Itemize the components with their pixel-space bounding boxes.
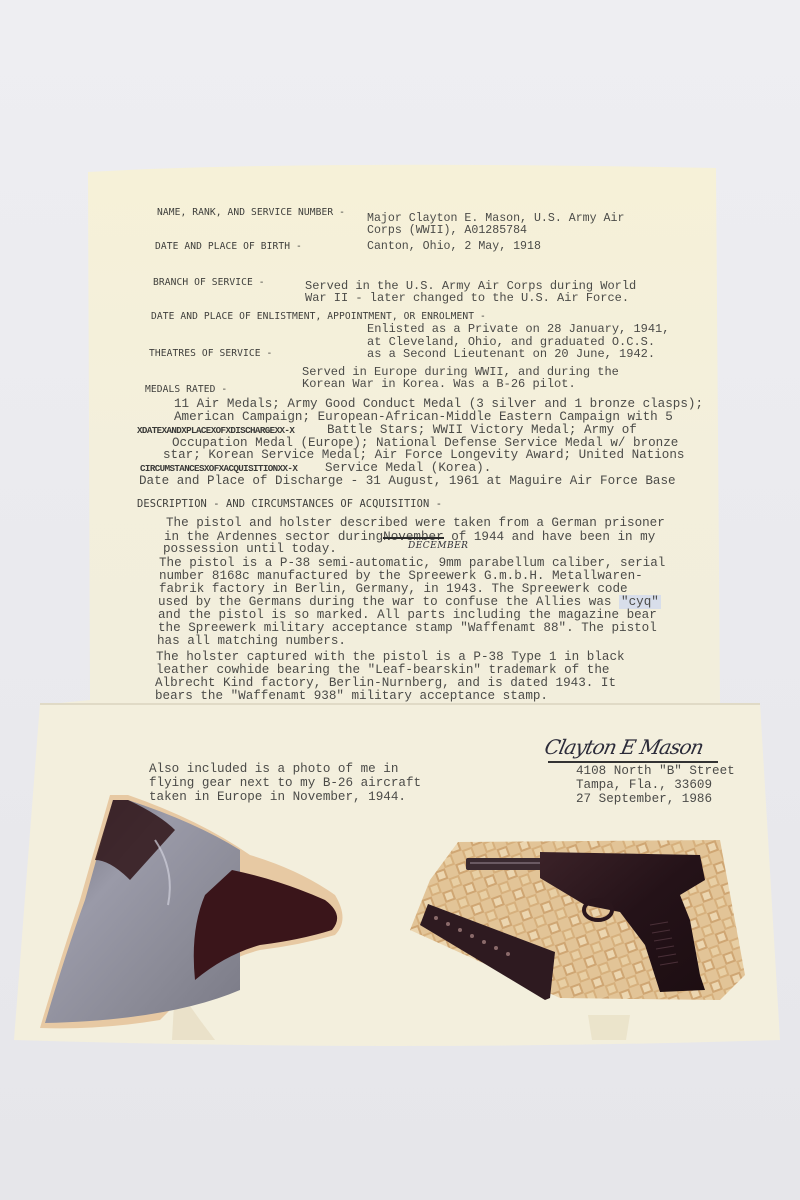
- desc-p1-line-3: possession until today.: [163, 543, 337, 556]
- handwritten-correction: DECEMBER: [408, 541, 468, 551]
- enlistment-label: DATE AND PLACE OF ENLISTMENT, APPOINTMEN…: [151, 311, 486, 322]
- xed-out-discharge-label: XDATEXANDXPLACEXOFXDISCHARGEXX-X: [137, 425, 294, 436]
- address-line-1: 4108 North "B" Street: [576, 765, 735, 778]
- birth-value: Canton, Ohio, 2 May, 1918: [367, 240, 541, 253]
- note-line-3: taken in Europe in November, 1944.: [149, 791, 406, 804]
- date-line: 27 September, 1986: [576, 793, 712, 806]
- xed-out-circumstances-label: CIRCUMSTANCESXOFXACQUISITIONXX-X: [140, 463, 297, 474]
- desc-p1-line-1: The pistol and holster described were ta…: [166, 517, 665, 530]
- signature-line: [548, 761, 718, 763]
- birth-label: DATE AND PLACE OF BIRTH -: [155, 241, 302, 252]
- document-sheet: NAME, RANK, AND SERVICE NUMBER - Major C…: [0, 0, 800, 1200]
- desc-p2-line-4a: used by the Germans during the war to co…: [158, 595, 619, 609]
- branch-value-2: War II - later changed to the U.S. Air F…: [305, 292, 629, 305]
- medals-label: MEDALS RATED -: [145, 384, 227, 395]
- description-label: DESCRIPTION - AND CIRCUMSTANCES OF ACQUI…: [137, 498, 442, 510]
- note-line-1: Also included is a photo of me in: [149, 763, 398, 776]
- name-label: NAME, RANK, AND SERVICE NUMBER -: [157, 207, 345, 218]
- desc-p3-line-4: bears the "Waffenamt 938" military accep…: [155, 690, 548, 703]
- desc-p2-line-7: has all matching numbers.: [157, 635, 346, 648]
- theatres-value-2: Korean War in Korea. Was a B-26 pilot.: [302, 378, 576, 391]
- code-highlight: "cyq": [619, 595, 661, 609]
- discharge-line: Date and Place of Discharge - 31 August,…: [139, 475, 676, 488]
- branch-label: BRANCH OF SERVICE -: [153, 277, 265, 288]
- address-line-2: Tampa, Fla., 33609: [576, 779, 712, 792]
- desc-p1-line-2b: of 1944 and have been in my: [444, 530, 656, 544]
- name-value-2: Corps (WWII), A01285784: [367, 224, 527, 237]
- theatres-label: THEATRES OF SERVICE -: [149, 348, 272, 359]
- signature: Clayton E Mason: [542, 735, 705, 759]
- note-line-2: flying gear next to my B-26 aircraft: [149, 777, 421, 790]
- enlistment-value-3: as a Second Lieutenant on 20 June, 1942.: [367, 348, 655, 361]
